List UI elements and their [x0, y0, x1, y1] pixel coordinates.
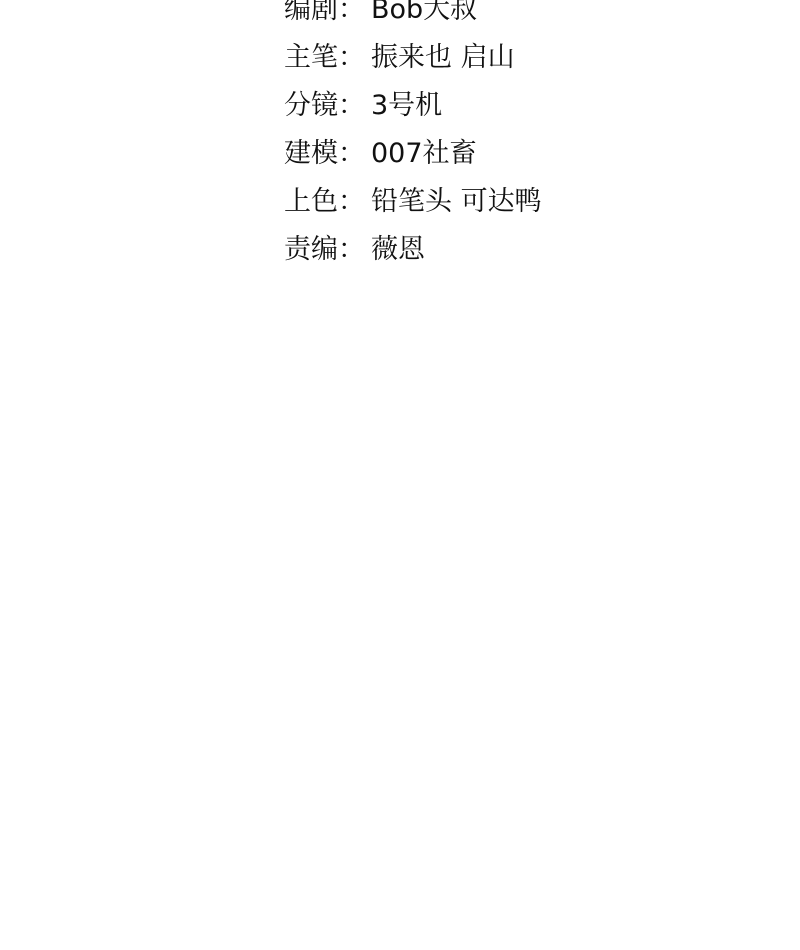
credit-role-label: 主笔： — [284, 34, 371, 82]
credit-row-storyboard: 分镜： 3号机 — [284, 82, 542, 130]
credit-name-value: 3号机 — [371, 82, 442, 130]
credit-name-value: 007社畜 — [371, 130, 477, 178]
credit-row-lead-artist: 主笔： 振来也 启山 — [284, 34, 542, 82]
credits-list: 编剧： Bob大叔 主笔： 振来也 启山 分镜： 3号机 建模： 007社畜 上… — [284, 0, 542, 274]
credit-name-value: 振来也 启山 — [371, 34, 515, 82]
credit-row-modeling: 建模： 007社畜 — [284, 130, 542, 178]
credit-role-label: 编剧： — [284, 0, 371, 34]
credit-role-label: 分镜： — [284, 82, 371, 130]
credit-name-value: 薇恩 — [371, 226, 425, 274]
credit-role-label: 责编： — [284, 226, 371, 274]
credit-row-coloring: 上色： 铅笔头 可达鸭 — [284, 178, 542, 226]
credit-row-screenwriter: 编剧： Bob大叔 — [284, 0, 542, 34]
credit-name-value: 铅笔头 可达鸭 — [371, 178, 542, 226]
credit-role-label: 上色： — [284, 178, 371, 226]
credit-role-label: 建模： — [284, 130, 371, 178]
credit-row-editor: 责编： 薇恩 — [284, 226, 542, 274]
credit-name-value: Bob大叔 — [371, 0, 477, 34]
